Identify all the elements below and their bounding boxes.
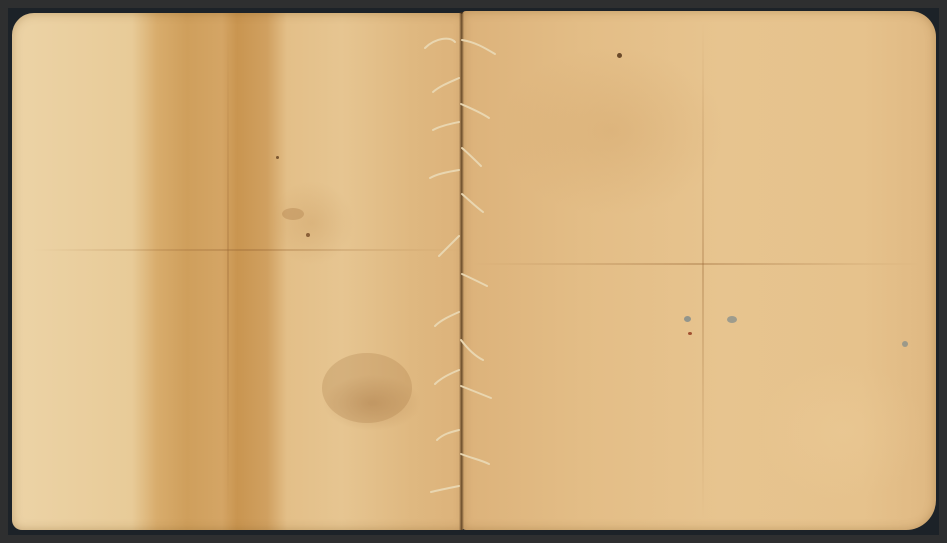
stain-speck <box>306 233 310 237</box>
blue-speck <box>684 316 691 322</box>
stain-blot <box>322 353 412 423</box>
paper-right-half <box>462 11 936 530</box>
fold-crease-horizontal <box>472 263 922 265</box>
thread-stitching <box>415 30 515 510</box>
red-speck <box>688 332 692 335</box>
blue-speck <box>902 341 908 347</box>
fold-crease-vertical <box>227 23 229 523</box>
blue-speck <box>727 316 737 323</box>
stain-speck <box>276 156 279 159</box>
stain-blot <box>282 208 304 220</box>
fold-crease-vertical <box>702 21 704 521</box>
stain-speck <box>617 53 622 58</box>
paper-left-half <box>12 13 465 530</box>
fold-crease-horizontal <box>32 249 462 251</box>
